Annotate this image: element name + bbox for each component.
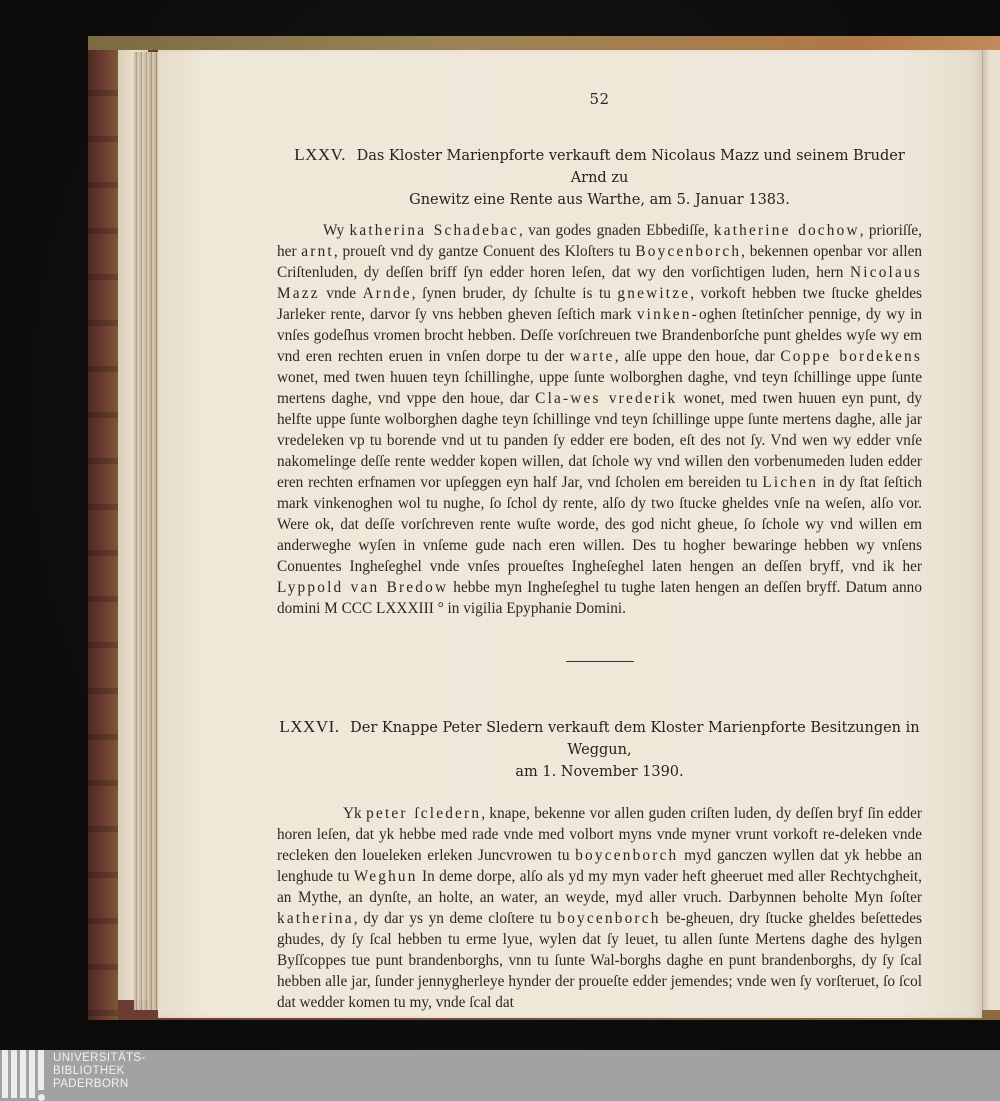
charter-text-lxxv: Wy katherina Schadebac, van godes gnaden…	[277, 220, 922, 619]
spaced-name: boycenborch	[575, 847, 678, 864]
paragraph: Yk peter ſcledern, knape, bekenne vor al…	[277, 803, 922, 1013]
section-divider	[566, 661, 634, 662]
spaced-name: katherina	[277, 910, 354, 927]
spaced-name: Arnde	[363, 285, 412, 302]
library-footer: UNIVERSITÄTS- BIBLIOTHEK PADERBORN	[0, 1050, 1000, 1101]
spaced-name: Coppe bordekens	[780, 348, 922, 365]
spaced-name: warte	[570, 348, 615, 365]
spaced-name: Lyppold van Bredow	[277, 579, 448, 596]
spaced-name: peter ſcledern	[366, 805, 481, 822]
heading-title: Das Kloster Marienpforte verkauft dem Ni…	[357, 148, 905, 186]
heading-line-1: LXXV. Das Kloster Marienpforte verkauft …	[277, 144, 922, 189]
paragraph: Wy katherina Schadebac, van godes gnaden…	[277, 220, 922, 619]
spaced-name: arnt	[301, 243, 334, 260]
charter-text-lxxvi: Yk peter ſcledern, knape, bekenne vor al…	[277, 803, 922, 1013]
heading-line-2: am 1. November 1390.	[277, 761, 922, 783]
heading-line-1: LXXVI. Der Knappe Peter Sledern verkauft…	[277, 716, 922, 761]
section-numeral: LXXV.	[294, 145, 346, 164]
spaced-name: Weghun	[354, 868, 418, 885]
spaced-name: Boycenborch	[635, 243, 741, 260]
section-heading-lxxv: LXXV. Das Kloster Marienpforte verkauft …	[277, 144, 922, 211]
section-numeral: LXXVI.	[279, 717, 339, 736]
book-cover-top-edge	[88, 36, 1000, 50]
book-spine-binding	[88, 50, 118, 1020]
spaced-name: vinken-	[637, 306, 699, 323]
heading-line-2: Gnewitz eine Rente aus Warthe, am 5. Jan…	[277, 189, 922, 211]
spaced-name: katherine dochow	[714, 222, 860, 239]
library-logo-text: UNIVERSITÄTS- BIBLIOTHEK PADERBORN	[53, 1052, 146, 1091]
next-page-edge	[982, 50, 1000, 1010]
spaced-name: Cla-wes vrederik	[535, 390, 677, 407]
section-heading-lxxvi: LXXVI. Der Knappe Peter Sledern verkauft…	[277, 716, 922, 783]
page-number: 52	[277, 90, 922, 118]
spaced-name: katherina Schadebac	[350, 222, 519, 239]
page-content: 52 LXXV. Das Kloster Marienpforte verkau…	[277, 90, 922, 1013]
page-edges	[134, 52, 160, 1010]
spaced-name: Lichen	[762, 474, 818, 491]
spaced-name: gnewitze	[617, 285, 690, 302]
spaced-name: boycenborch	[557, 910, 660, 927]
heading-title: Der Knappe Peter Sledern verkauft dem Kl…	[350, 720, 920, 758]
library-logo-icon	[0, 1050, 48, 1101]
